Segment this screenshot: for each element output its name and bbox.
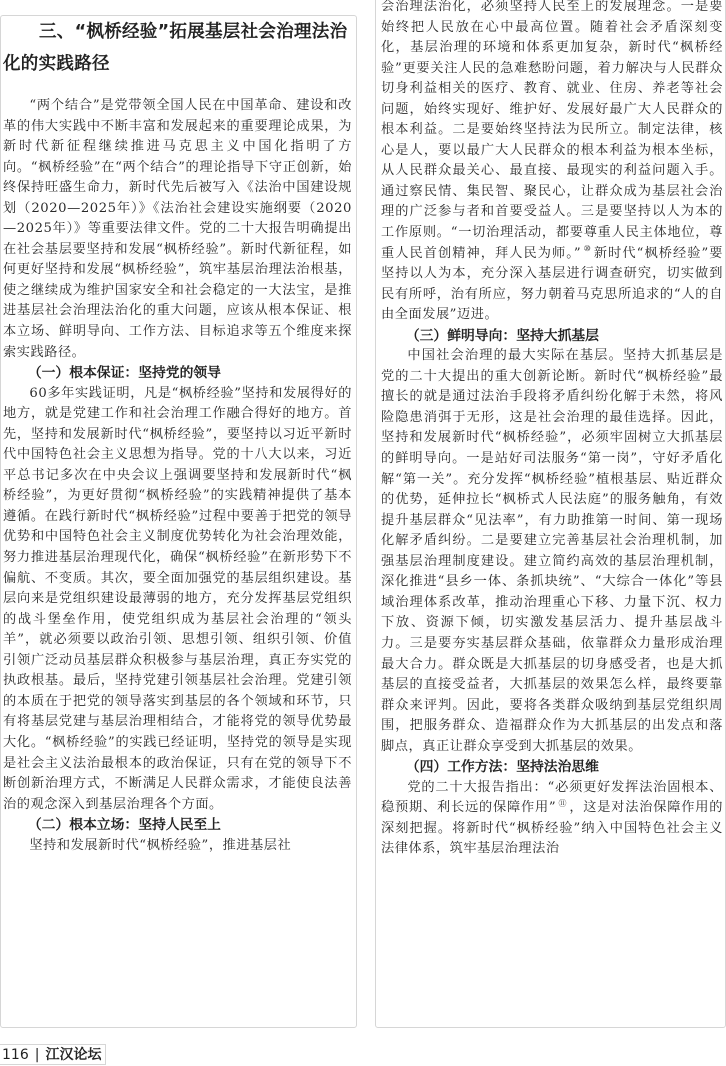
section-title: 三、“枫桥经验”拓展基层社会治理法治化的实践路径	[3, 16, 352, 80]
subsection-2-body-start: 坚持和发展新时代“枫桥经验”，推进基层社	[3, 836, 352, 857]
right-column: 会治理法治化，必须坚持人民至上的发展理念。一是要始终把人民放在心中最高位置。随着…	[375, 0, 726, 1028]
subsection-heading-4: （四）工作方法：坚持法治思维	[381, 757, 723, 778]
subsection-4-body: 党的二十大报告指出：“必须更好发挥法治固根本、稳预期、利长远的保障作用”⑪，这是…	[381, 778, 723, 860]
page-number: 116	[2, 1047, 29, 1063]
subsection-3-body: 中国社会治理的最大实际在基层。坚持大抓基层是党的二十大提出的重大创新论断。新时代…	[381, 346, 723, 757]
subsection-heading-3: （三）鲜明导向：坚持大抓基层	[381, 326, 723, 347]
footnote-ref-11[interactable]: ⑪	[558, 799, 567, 808]
subsection-2-body-continued: 会治理法治化，必须坚持人民至上的发展理念。一是要始终把人民放在心中最高位置。随着…	[381, 0, 723, 326]
intro-paragraph: “两个结合”是党带领全国人民在中国革命、建设和改革的伟大实践中不断丰富和发展起来…	[3, 96, 352, 363]
subsection-heading-1: （一）根本保证：坚持党的领导	[3, 363, 352, 384]
footnote-ref-10[interactable]: ⑩	[583, 244, 592, 253]
subsection-heading-2: （二）根本立场：坚持人民至上	[3, 815, 352, 836]
journal-name: 江汉论坛	[45, 1047, 101, 1063]
subsection-1-body: 60多年实践证明，凡是“枫桥经验”坚持和发展得好的地方，就是党建工作和社会治理工…	[3, 384, 352, 815]
left-column: 三、“枫桥经验”拓展基层社会治理法治化的实践路径 “两个结合”是党带领全国人民在…	[0, 15, 357, 1028]
page-footer: 116|江汉论坛	[0, 1044, 106, 1065]
subsection-2-text-a: 会治理法治化，必须坚持人民至上的发展理念。一是要始终把人民放在心中最高位置。随着…	[381, 0, 723, 261]
footer-separator: |	[35, 1047, 40, 1063]
